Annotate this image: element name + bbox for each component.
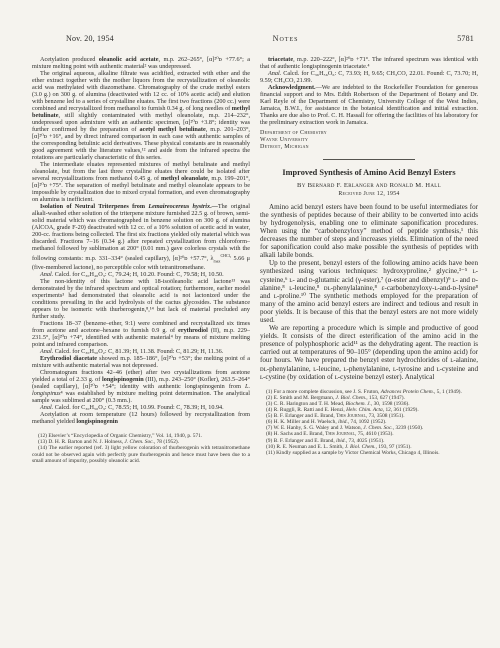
section-title: Notes	[273, 34, 299, 43]
paragraph: Fractions 18–37 (benzene–ether, 9:1) wer…	[32, 320, 250, 348]
anal-paragraph: Anal. Calcd. for C₃₀H₅₀O₃: C, 78.55; H, …	[32, 404, 250, 411]
continuation-text: triacetate, m.p. 220–222°, [α]²⁰ᴅ +71°. …	[260, 56, 478, 126]
paragraph: The intermediate eluates represented mix…	[32, 161, 250, 203]
paragraph: The non-identity of this lactone with 18…	[32, 278, 250, 320]
article-footnotes: (1) For a more complete discussion, see …	[260, 389, 478, 456]
affiliation-line: Detroit, Michigan	[260, 144, 478, 151]
footnote: (11) Kindly supplied as a sample by Vict…	[260, 450, 478, 456]
affiliation-line: Wayne University	[260, 137, 478, 144]
paragraph: Up to the present, benzyl esters of the …	[260, 259, 478, 324]
journal-page: Nov. 20, 1954 Notes 5781 Acetylation pro…	[0, 0, 500, 648]
left-column: Acetylation produced oleanolic acid acet…	[32, 56, 250, 464]
paragraph: Erythrodiol diacetate showed m.p. 185–18…	[32, 355, 250, 369]
footnote: (14) The earlier reported (ref. 3) light…	[32, 445, 250, 463]
paragraph: Acetylation produced oleanolic acid acet…	[32, 56, 250, 70]
running-head: Nov. 20, 1954 Notes 5781	[32, 34, 478, 43]
paragraph: Chromatogram fractions 42–46 (ether) aft…	[32, 369, 250, 404]
paragraph: The original aqueous, alkaline filtrate …	[32, 70, 250, 161]
article-byline: By Bernard F. Erlanger and Ronald M. Hal…	[260, 182, 478, 189]
anal-paragraph: Anal. Calcd. for C₃₆H₅₆O₆: C, 73.93; H, …	[260, 70, 478, 84]
article-divider-rule	[323, 159, 415, 160]
acknowledgment-paragraph: Acknowledgment.—We are indebted to the R…	[260, 84, 478, 126]
article-received-date: Received June 12, 1954	[260, 191, 478, 197]
affiliation-block: Department of Chemistry Wayne University…	[260, 130, 478, 150]
paragraph: Amino acid benzyl esters have been found…	[260, 203, 478, 260]
anal-paragraph: Anal. Calcd. for C₃₀H₄₆O₃: C, 79.24; H, …	[32, 271, 250, 278]
paragraph: triacetate, m.p. 220–222°, [α]²⁰ᴅ +71°. …	[260, 56, 478, 70]
paragraph: Acetylation at room temperature (12 hour…	[32, 411, 250, 425]
affiliation-line: Department of Chemistry	[260, 130, 478, 137]
paragraph: Isolation of Neutral Triterpenes from Le…	[32, 203, 250, 271]
article-body: Amino acid benzyl esters have been found…	[260, 203, 478, 381]
right-column: triacetate, m.p. 220–222°, [α]²⁰ᴅ +71°. …	[260, 56, 478, 464]
article-title: Improved Synthesis of Amino Acid Benzyl …	[266, 168, 472, 177]
page-number: 5781	[457, 34, 474, 43]
left-footnotes: (12) Elsevier’s “Encyclopedia of Organic…	[32, 433, 250, 463]
two-column-layout: Acetylation produced oleanolic acid acet…	[32, 56, 478, 464]
anal-paragraph: Anal. Calcd. for C₃₀H₅₀O₂: C, 81.39; H, …	[32, 348, 250, 355]
paragraph: We are reporting a procedure which is si…	[260, 324, 478, 381]
journal-date: Nov. 20, 1954	[66, 34, 114, 43]
